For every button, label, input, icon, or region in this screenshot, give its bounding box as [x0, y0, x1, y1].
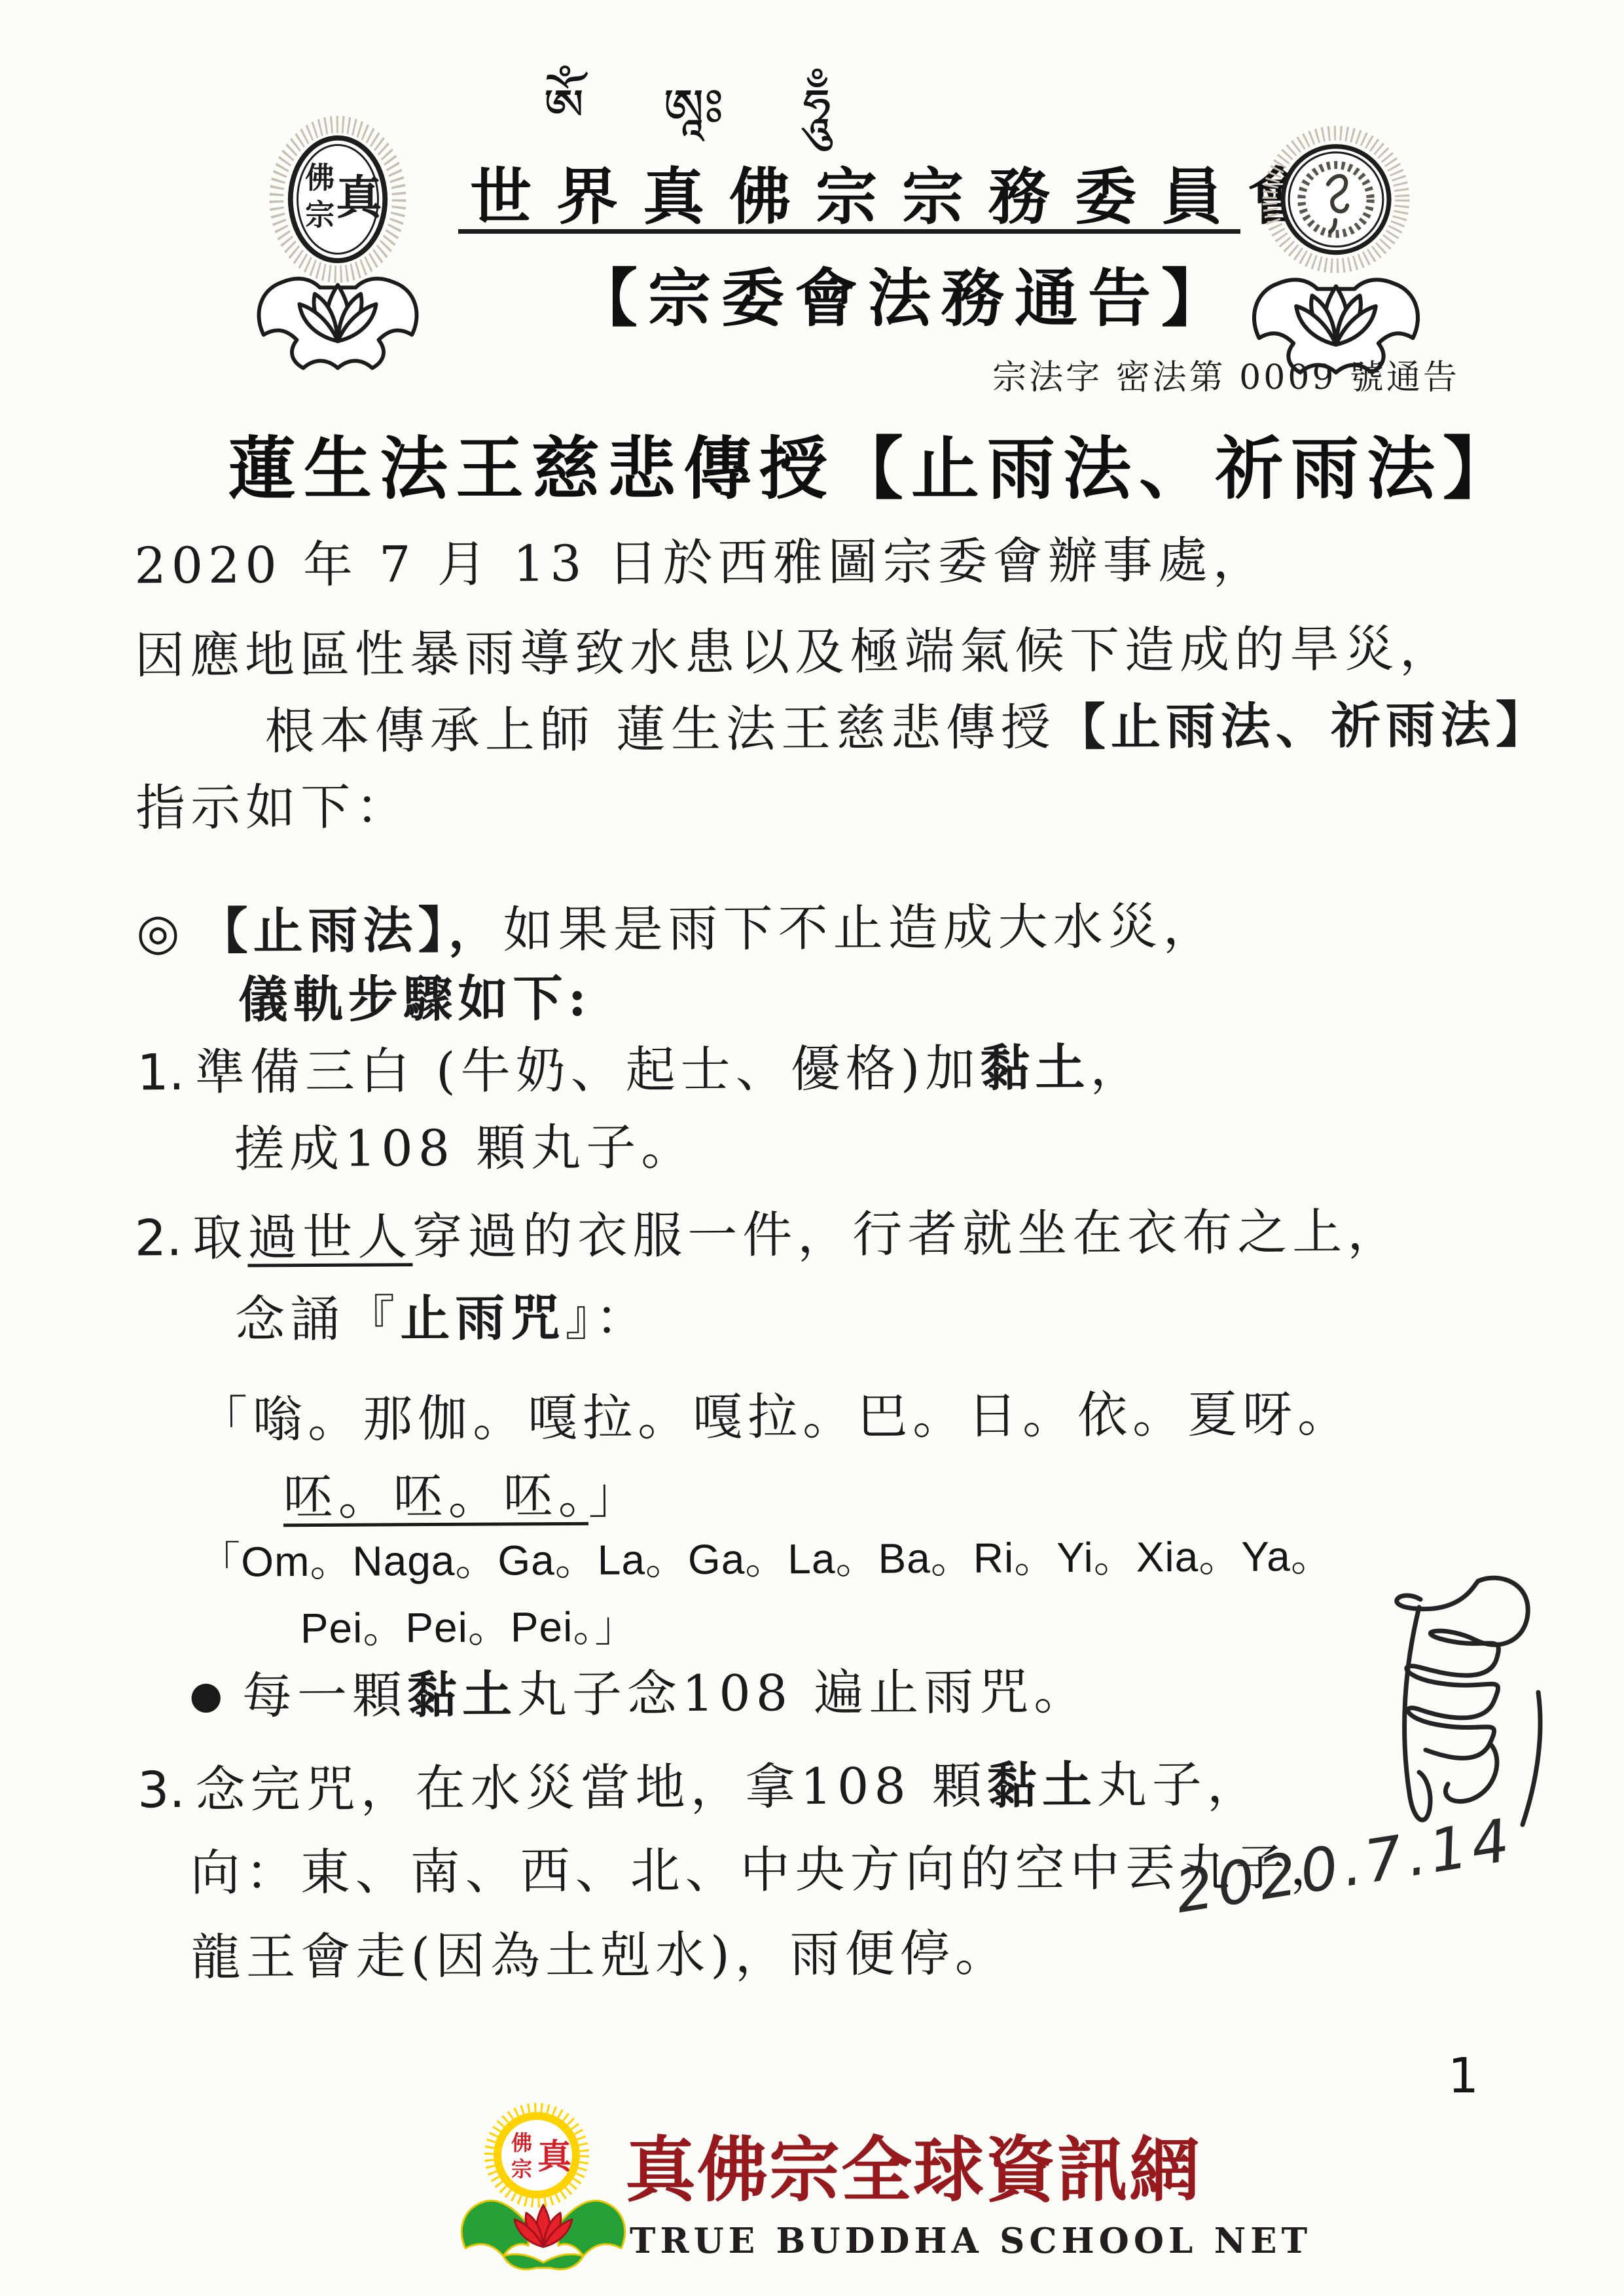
method-name: 【止雨法】，: [198, 900, 503, 960]
note-pre: 每一顆: [242, 1666, 407, 1724]
ritual-steps-label: 儀軌步驟如下:: [238, 958, 592, 1032]
mantra-rom-line2: Pei。Pei。Pei。」: [300, 1593, 638, 1655]
ritual-steps-text: 儀軌步驟如下:: [238, 969, 592, 1029]
step2-pre: 取: [192, 1209, 247, 1267]
intro-date-line: 2020 年 7 月 13 日於西雅圖宗委會辦事處，: [134, 520, 1268, 597]
step3-number: 3.: [137, 1760, 185, 1819]
notice-body: 2020 年 7 月 13 日於西雅圖宗委會辦事處， 因應地區性暴雨導致水患以及…: [0, 0, 1624, 2296]
transmit-method-names: 【止雨法、祈雨法】: [1056, 695, 1551, 756]
step2-number: 2.: [134, 1209, 182, 1267]
mantra-rom-line2-text: Pei。Pei。Pei。」: [300, 1603, 638, 1652]
step1-number: 1.: [137, 1043, 185, 1101]
footer-seal-char-zhen: 真: [537, 2137, 573, 2177]
step3-post: 丸子，: [1097, 1755, 1262, 1813]
intro-instruct-line: 指示如下：: [135, 767, 411, 839]
step3-clay-bold: 黏土: [987, 1756, 1097, 1815]
footer-site-name-en: TRUE BUDDHA SCHOOL NET: [630, 2221, 1312, 2261]
note-clay-bold: 黏土: [407, 1665, 517, 1724]
method-condition: 如果是雨下不止造成大水災，: [503, 897, 1218, 959]
stop-rain-mantra-name: 止雨咒: [400, 1288, 565, 1347]
scanned-notice-page: ཨོཾ ཨཱཿ ཧཱུྃ 佛 宗 真 世界真佛宗宗務委員會 【宗委會法務通告】: [0, 0, 1624, 2296]
step2-recite-pre: 念誦『: [235, 1289, 400, 1348]
mantra-close-bracket: 」: [588, 1466, 643, 1524]
mantra-zh-line1: 「嗡。那伽。嘎拉。嘎拉。巴。日。依。夏呀。: [198, 1374, 1353, 1451]
step2-deceased-underlined: 過世人: [247, 1207, 412, 1266]
step1-comma: ，: [1090, 1038, 1145, 1096]
mantra-rom-line1: 「Om。Naga。Ga。La。Ga。La。Ba。Ri。Yi。Xia。Ya。: [198, 1523, 1333, 1589]
step2-line2: 念誦『止雨咒』：: [235, 1277, 651, 1351]
footer-seal-char-zong: 宗: [511, 2157, 532, 2181]
step1-clay-bold: 黏土: [980, 1038, 1090, 1097]
step1-line2: 搓成108 顆丸子。: [234, 1107, 696, 1181]
method-heading-line: ◎【止雨法】，如果是雨下不止造成大水災，: [136, 886, 1218, 964]
step3-pre: 念完咒，在水災當地，拿108 顆: [195, 1757, 987, 1819]
step2-post: 穿過的衣服一件，行者就坐在衣布之上，: [412, 1202, 1402, 1266]
step1-text: 準備三白 (牛奶、起士、優格)加: [195, 1039, 981, 1101]
intro-cause-line: 因應地區性暴雨導致水患以及極端氣候下造成的旱災，: [135, 609, 1455, 687]
intro-cause-text: 因應地區性暴雨導致水患以及極端氣候下造成的旱災，: [135, 619, 1454, 685]
footer-site-name-zh: 真佛宗全球資訊網: [625, 2113, 1201, 2215]
transmit-prefix: 根本傳承上師 蓮生法王慈悲傳授: [264, 698, 1056, 760]
bullet-icon: ●: [189, 1673, 228, 1717]
double-circle-marker: ◎: [136, 902, 185, 960]
mantra-zh-line1-text: 「嗡。那伽。嘎拉。嘎拉。巴。日。依。夏呀。: [198, 1385, 1352, 1449]
step3-line3: 龍王會走(因為土剋水)，雨便停。: [190, 1913, 1010, 1989]
mantra-pei-underlined: 呸。呸。呸。: [283, 1467, 588, 1526]
step3-line1: 3.念完咒，在水災當地，拿108 顆黏土丸子，: [137, 1744, 1262, 1821]
step2-line1: 2.取過世人穿過的衣服一件，行者就坐在衣布之上，: [134, 1192, 1402, 1269]
mantra-rom-line1-text: 「Om。Naga。Ga。La。Ga。La。Ba。Ri。Yi。Xia。Ya。: [198, 1533, 1333, 1586]
mantra-zh-line2: 呸。呸。呸。」: [283, 1455, 643, 1529]
step1-line1: 1.準備三白 (牛奶、起士、優格)加黏土，: [137, 1027, 1146, 1104]
intro-transmit-line: 根本傳承上師 蓮生法王慈悲傳授【止雨法、祈雨法】: [264, 685, 1551, 763]
instruct-text: 指示如下：: [135, 777, 410, 837]
note-post: 丸子念108 遍止雨咒。: [517, 1662, 1089, 1724]
footer-logo: 佛 宗 真: [455, 2103, 632, 2272]
note-line: ●每一顆黏土丸子念108 遍止雨咒。: [189, 1652, 1089, 1728]
page-number: 1: [1448, 2048, 1479, 2104]
step1-line2-text: 搓成108 顆丸子。: [234, 1118, 696, 1178]
step3-line3-text: 龍王會走(因為土剋水)，雨便停。: [190, 1923, 1010, 1986]
step2-recite-post: 』：: [565, 1288, 650, 1347]
footer-seal-char-fo: 佛: [511, 2130, 532, 2155]
intro-date-text: 2020 年 7 月 13 日於西雅圖宗委會辦事處，: [134, 530, 1268, 594]
